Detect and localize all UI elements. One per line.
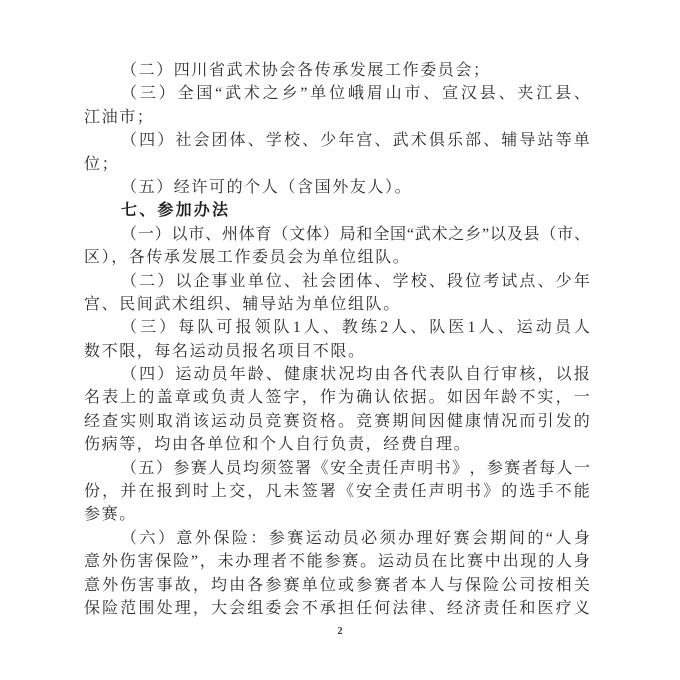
document-line: （三）全国“武术之乡”单位峨眉山市、宣汉县、夹江县、 [84,82,590,105]
document-line: 伤病等，均由各单位和个人自行负责，经费自理。 [84,433,590,456]
document-line: 份，并在报到时上交，凡未签署《安全责任声明书》的选手不能 [84,480,590,503]
document-line: （二）四川省武术协会各传承发展工作委员会； [84,59,590,82]
document-page: （二）四川省武术协会各传承发展工作委员会；（三）全国“武术之乡”单位峨眉山市、宣… [0,0,680,680]
document-body: （二）四川省武术协会各传承发展工作委员会；（三）全国“武术之乡”单位峨眉山市、宣… [84,59,590,620]
document-line: 意外伤害保险”，未办理者不能参赛。运动员在比赛中出现的人身 [84,550,590,573]
document-line: （二）以企事业单位、社会团体、学校、段位考试点、少年 [84,270,590,293]
document-line: （四）运动员年龄、健康状况均由各代表队自行审核，以报 [84,363,590,386]
document-line: 江油市； [84,106,590,129]
document-line: 宫、民间武术组织、辅导站为单位组队。 [84,293,590,316]
document-line: 意外伤害事故，均由各参赛单位或参赛者本人与保险公司按相关 [84,574,590,597]
document-line: （五）经许可的个人（含国外友人）。 [84,176,590,199]
document-line: （三）每队可报领队1人、教练2人、队医1人、运动员人 [84,316,590,339]
document-line: 经查实则取消该运动员竞赛资格。竞赛期间因健康情况而引发的 [84,410,590,433]
document-line: （四）社会团体、学校、少年宫、武术俱乐部、辅导站等单 [84,129,590,152]
section-heading: 七、参加办法 [84,199,590,222]
document-line: （一）以市、州体育（文体）局和全国“武术之乡”以及县（市、 [84,223,590,246]
document-line: 区），各传承发展工作委员会为单位组队。 [84,246,590,269]
page-number: 2 [0,626,680,637]
document-line: 参赛。 [84,503,590,526]
document-line: （六）意外保险：参赛运动员必须办理好赛会期间的“人身 [84,527,590,550]
document-line: 保险范围处理，大会组委会不承担任何法律、经济责任和医疗义 [84,597,590,620]
document-line: （五）参赛人员均须签署《安全责任声明书》，参赛者每人一 [84,457,590,480]
document-line: 数不限，每名运动员报名项目不限。 [84,340,590,363]
document-line: 名表上的盖章或负责人签字，作为确认依据。如因年龄不实，一 [84,386,590,409]
document-line: 位； [84,153,590,176]
